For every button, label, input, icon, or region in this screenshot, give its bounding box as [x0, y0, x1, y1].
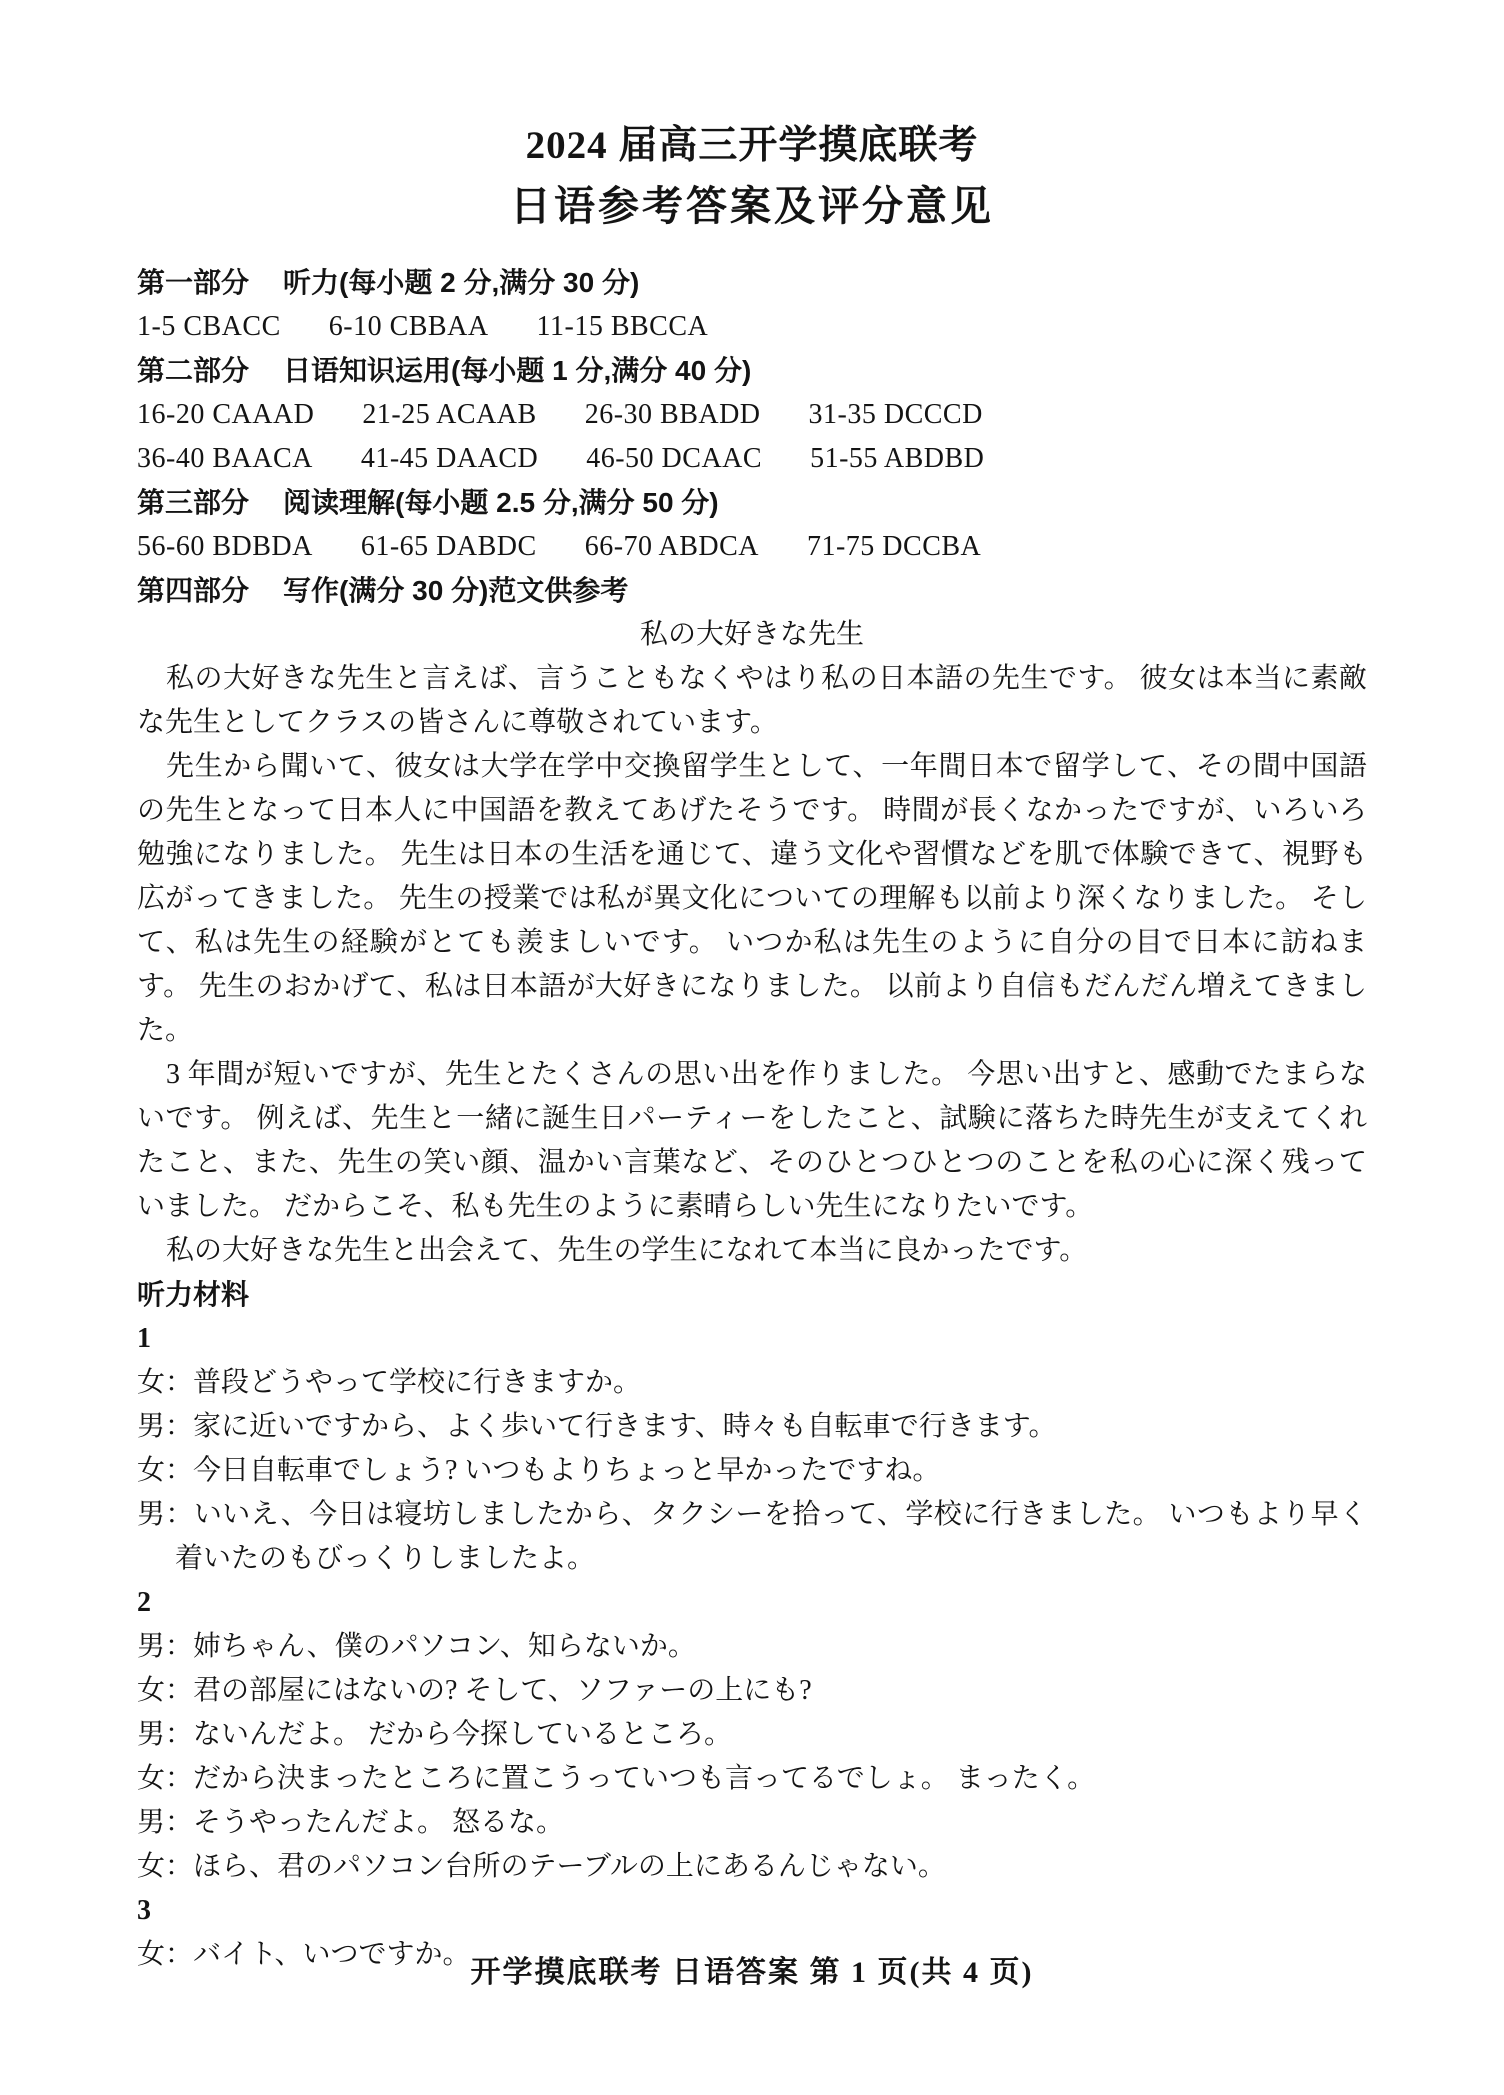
section-2-heading: 第二部分日语知识运用(每小题 1 分,满分 40 分): [137, 349, 1367, 393]
page-subtitle: 日语参考答案及评分意见: [0, 177, 1504, 235]
dialogue-line-1-1: 女：普段どうやって学校に行きますか。: [137, 1361, 1367, 1405]
section-1-heading: 第一部分听力(每小题 2 分,满分 30 分): [137, 261, 1367, 305]
answer-group: 66-70 ABDCA: [585, 525, 759, 569]
section-3-answer-row-1: 56-60 BDBDA61-65 DABDC66-70 ABDCA71-75 D…: [137, 525, 1367, 569]
page-footer: 开学摸底联考 日语答案 第 1 页(共 4 页): [0, 1953, 1504, 1993]
section-3-heading: 第三部分阅读理解(每小题 2.5 分,满分 50 分): [137, 481, 1367, 525]
section-1-answer-row-1: 1-5 CBACC6-10 CBBAA11-15 BBCCA: [137, 305, 1367, 349]
listening-group-1-number: 1: [137, 1317, 1367, 1361]
dialogue-line-2-4: 女：だから決まったところに置こうっていつも言ってるでしょ。 まったく。: [137, 1757, 1367, 1801]
answer-group: 16-20 CAAAD: [137, 393, 314, 437]
answer-group: 41-45 DAACD: [361, 437, 538, 481]
section-1-title: 听力(每小题 2 分,满分 30 分): [283, 267, 639, 298]
answer-group: 11-15 BBCCA: [537, 305, 709, 349]
dialogue-line-2-1: 男：姉ちゃん、僕のパソコン、知らないか。: [137, 1625, 1367, 1669]
section-4-heading: 第四部分写作(满分 30 分)范文供参考: [137, 569, 1367, 613]
section-2-answer-row-2: 36-40 BAACA41-45 DAACD46-50 DCAAC51-55 A…: [137, 437, 1367, 481]
answer-group: 61-65 DABDC: [361, 525, 537, 569]
essay-paragraph-1: 私の大好きな先生と言えば、言うこともなくやはり私の日本語の先生です。 彼女は本当…: [137, 657, 1367, 745]
answer-group: 21-25 ACAAB: [362, 393, 536, 437]
section-1-part-label: 第一部分: [137, 267, 249, 298]
answer-group: 1-5 CBACC: [137, 305, 281, 349]
dialogue-line-2-5: 男：そうやったんだよ。 怒るな。: [137, 1801, 1367, 1845]
essay-paragraph-4: 私の大好きな先生と出会えて、先生の学生になれて本当に良かったです。: [137, 1229, 1367, 1273]
answer-group: 71-75 DCCBA: [807, 525, 981, 569]
section-3-part-label: 第三部分: [137, 487, 249, 518]
answer-group: 36-40 BAACA: [137, 437, 313, 481]
dialogue-line-2-6: 女：ほら、君のパソコン台所のテーブルの上にあるんじゃない。: [137, 1845, 1367, 1889]
answer-group: 56-60 BDBDA: [137, 525, 313, 569]
section-2-answer-row-1: 16-20 CAAAD21-25 ACAAB26-30 BBADD31-35 D…: [137, 393, 1367, 437]
essay-title: 私の大好きな先生: [137, 613, 1367, 657]
dialogue-line-1-2: 男：家に近いですから、よく歩いて行きます、時々も自転車で行きます。: [137, 1405, 1367, 1449]
listening-group-2-number: 2: [137, 1581, 1367, 1625]
essay-paragraph-2: 先生から聞いて、彼女は大学在学中交換留学生として、一年間日本で留学して、その間中…: [137, 745, 1367, 1053]
page-title: 2024 届高三开学摸底联考: [0, 118, 1504, 173]
section-2-part-label: 第二部分: [137, 355, 249, 386]
dialogue-line-1-4: 男：いいえ、今日は寝坊しましたから、タクシーを拾って、学校に行きました。 いつも…: [137, 1493, 1367, 1581]
essay-paragraph-3: 3 年間が短いですが、先生とたくさんの思い出を作りました。 今思い出すと、感動で…: [137, 1053, 1367, 1229]
section-4-part-label: 第四部分: [137, 575, 249, 606]
section-3-title: 阅读理解(每小题 2.5 分,满分 50 分): [283, 487, 719, 518]
answer-group: 6-10 CBBAA: [329, 305, 489, 349]
section-2-title: 日语知识运用(每小题 1 分,满分 40 分): [283, 355, 751, 386]
section-4-title: 写作(满分 30 分)范文供参考: [283, 575, 628, 606]
answer-group: 31-35 DCCCD: [809, 393, 983, 437]
answer-group: 46-50 DCAAC: [586, 437, 762, 481]
listening-group-3-number: 3: [137, 1889, 1367, 1933]
answer-group: 26-30 BBADD: [585, 393, 761, 437]
dialogue-line-2-2: 女：君の部屋にはないの? そして、ソファーの上にも?: [137, 1669, 1367, 1713]
dialogue-line-2-3: 男：ないんだよ。 だから今探しているところ。: [137, 1713, 1367, 1757]
document-page: 2024 届高三开学摸底联考 日语参考答案及评分意见 第一部分听力(每小题 2 …: [0, 0, 1504, 2095]
document-body: 第一部分听力(每小题 2 分,满分 30 分) 1-5 CBACC6-10 CB…: [137, 261, 1367, 1977]
answer-group: 51-55 ABDBD: [810, 437, 984, 481]
listening-heading: 听力材料: [137, 1273, 1367, 1317]
dialogue-line-1-3: 女：今日自転車でしょう? いつもよりちょっと早かったですね。: [137, 1449, 1367, 1493]
